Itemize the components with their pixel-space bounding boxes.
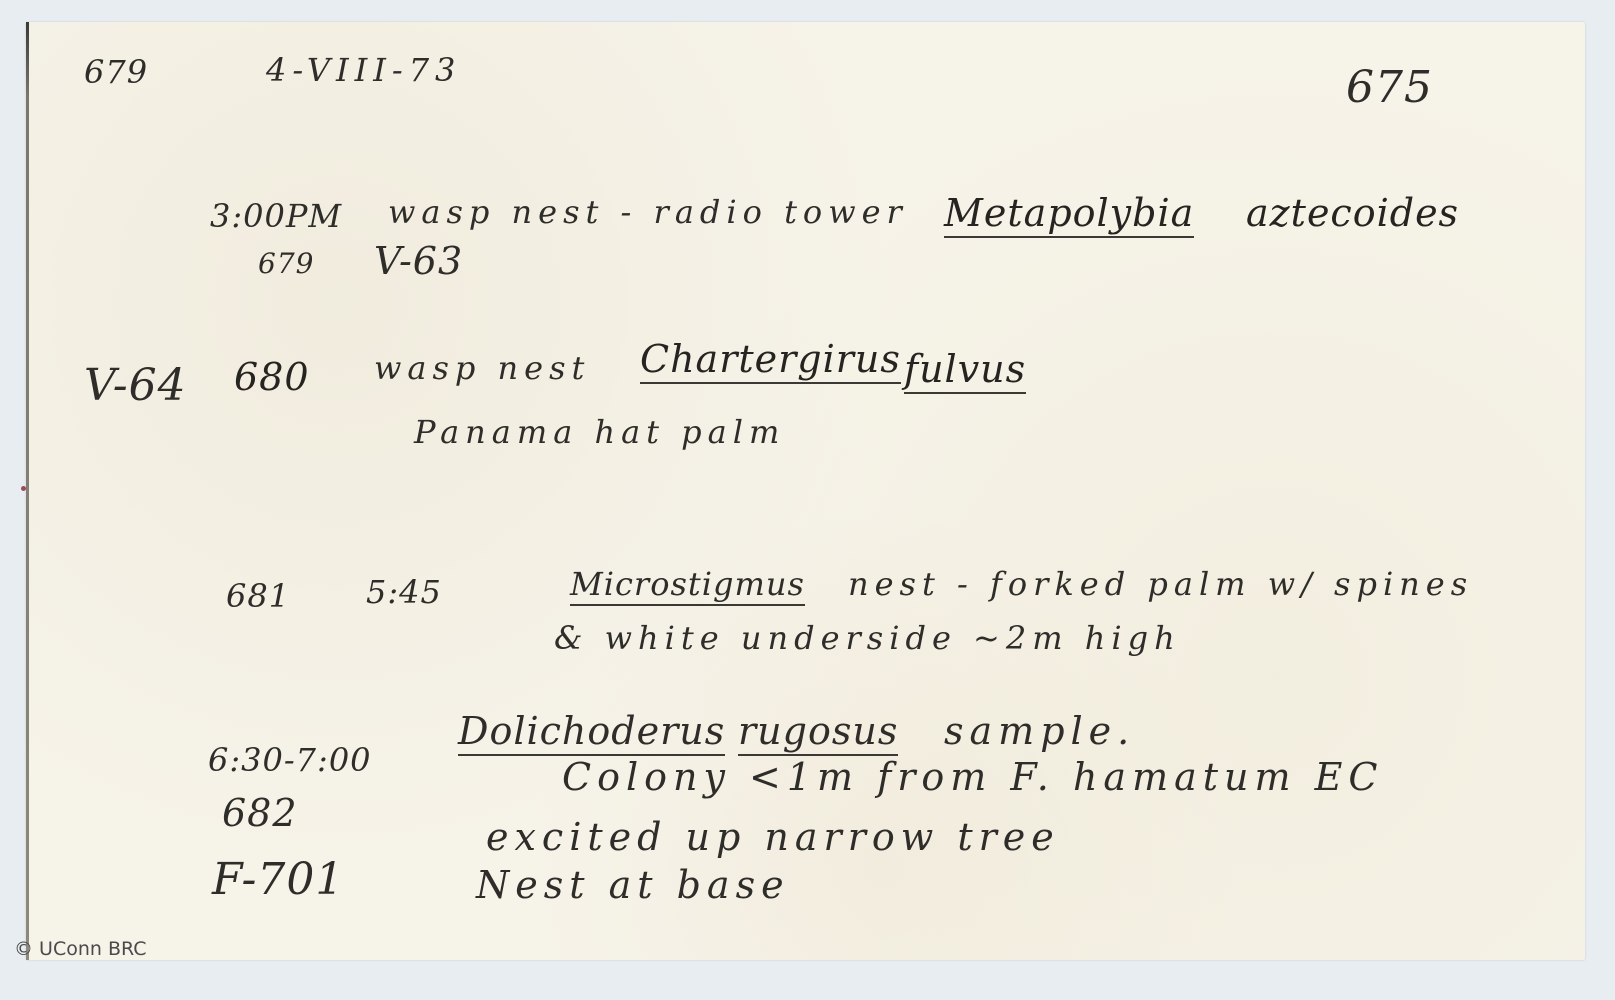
entry4-time: 6:30-7:00	[208, 744, 372, 776]
entry4-number: 682	[222, 794, 298, 832]
entry3-number: 681	[226, 580, 290, 612]
entry4-note-1: Colony <1m from F. hamatum EC	[562, 758, 1383, 796]
entry4-description: sample.	[944, 712, 1135, 750]
entry2-vial: V-64	[84, 364, 187, 408]
entry4-note-3: Nest at base	[476, 866, 790, 904]
entry2-description: wasp nest	[374, 352, 590, 384]
header-date: 4-VIII-73	[266, 54, 461, 86]
entry2-note: Panama hat palm	[414, 416, 785, 448]
entry4-field-number: F-701	[212, 858, 344, 902]
entry1-vial: V-63	[374, 242, 463, 280]
entry3-time: 5:45	[366, 576, 442, 608]
card-edge	[26, 22, 29, 960]
copyright-notice: © UConn BRC	[14, 938, 147, 960]
field-note-card: 679 4-VIII-73 675 3:00PM wasp nest - rad…	[26, 22, 1585, 960]
entry4-species: rugosus	[738, 712, 898, 756]
entry3-note: & white underside ~2m high	[554, 622, 1181, 654]
header-corner-number: 675	[1346, 66, 1433, 110]
entry1-description: wasp nest - radio tower	[388, 196, 908, 228]
entry1-time: 3:00PM	[210, 200, 342, 232]
entry4-note-2: excited up narrow tree	[486, 818, 1060, 856]
entry3-genus: Microstigmus	[570, 568, 805, 606]
entry3-description: nest - forked palm w/ spines	[848, 568, 1473, 600]
entry1-genus: Metapolybia	[944, 194, 1194, 238]
header-specimen-number: 679	[84, 56, 148, 88]
entry1-number: 679	[258, 250, 314, 278]
entry2-genus: Chartergirus	[640, 340, 901, 384]
edge-mark	[21, 486, 26, 491]
entry1-species: aztecoides	[1246, 194, 1459, 232]
entry2-species: fulvus	[904, 350, 1026, 394]
entry2-number: 680	[234, 358, 310, 396]
entry4-genus: Dolichoderus	[458, 712, 725, 756]
